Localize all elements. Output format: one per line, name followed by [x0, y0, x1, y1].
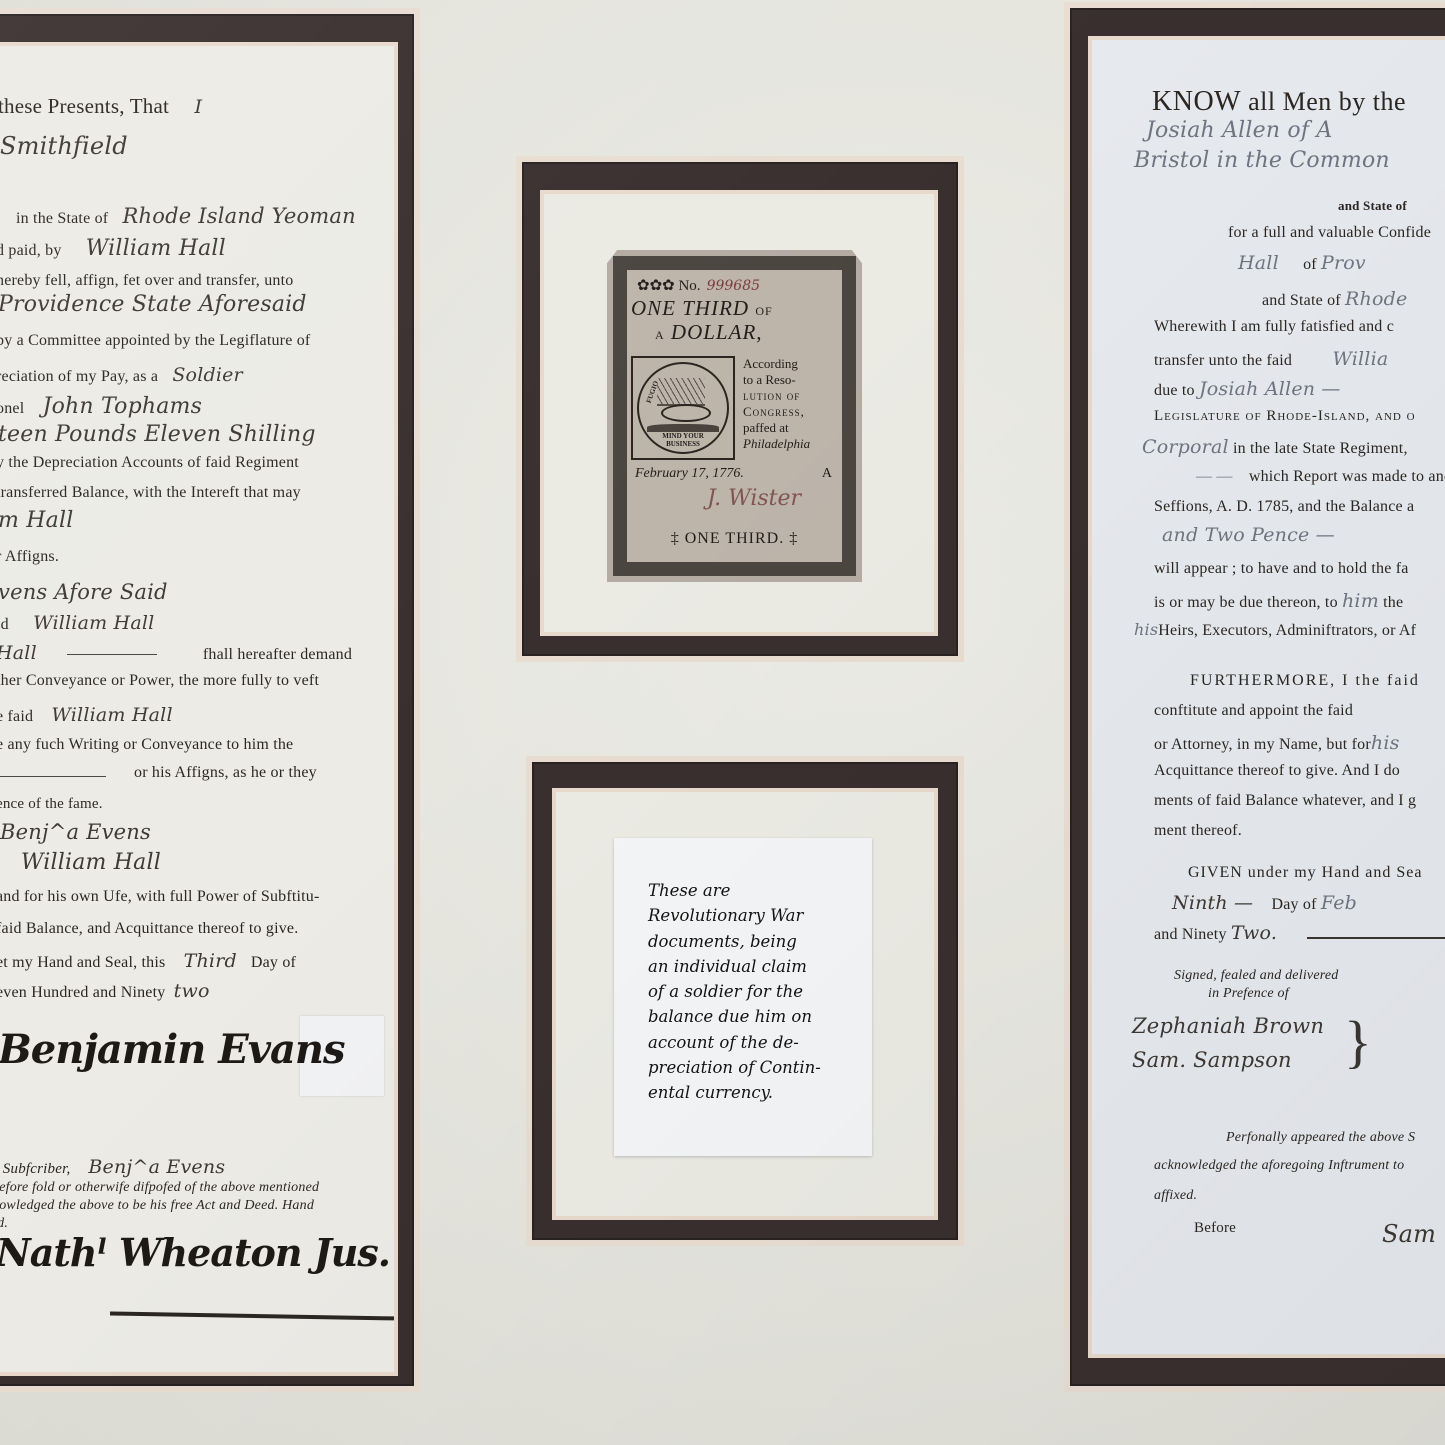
handwriting: Third: [184, 950, 237, 972]
text-line: which Report was made to and: [1249, 468, 1445, 485]
dash: — —: [1196, 468, 1233, 485]
handwriting: Willia: [1332, 348, 1388, 370]
text-line: for a full and valuable Confide: [1228, 224, 1431, 242]
text-line: even Hundred and Ninety: [0, 984, 165, 1001]
handwriting: Providence State Aforesaid: [0, 292, 307, 317]
text-line: and State of: [1338, 198, 1407, 214]
text-line: e any fuch Writing or Conveyance to him …: [0, 736, 293, 754]
handwriting: and Two Pence —: [1162, 524, 1335, 546]
handwriting: his: [1371, 732, 1400, 754]
text-line: Day of: [1271, 896, 1316, 913]
text-line: will appear ; to have and to hold the fa: [1154, 560, 1409, 578]
handwriting: him: [1342, 590, 1379, 612]
handwriting: vens Afore Said: [0, 580, 168, 604]
handwriting: Benj^a Evens: [0, 820, 151, 844]
left-document-window: these Presents, That I Smithfield in the…: [0, 14, 414, 1386]
text-line: of: [1303, 256, 1317, 273]
witness-heading: Signed, fealed and delivered: [1174, 968, 1338, 984]
handwriting: William Hall: [33, 612, 154, 634]
caption-text: These are Revolutionary War documents, b…: [648, 878, 858, 1106]
handwriting: William Hall: [86, 236, 226, 261]
text-line: due to: [1154, 382, 1195, 399]
text-line: nowledged the above to be his free Act a…: [0, 1198, 314, 1214]
text-line: FURTHERMORE, I the faid: [1190, 672, 1420, 690]
justice-signature: Sam: [1382, 1220, 1436, 1248]
note-city: Philadelphia: [743, 436, 810, 452]
left-document-paper: these Presents, That I Smithfield in the…: [0, 42, 398, 1376]
handwriting: Rhode: [1345, 288, 1407, 310]
text-line: affixed.: [1154, 1188, 1197, 1204]
text-line: and Ninety: [1154, 926, 1227, 943]
handwriting: two: [174, 980, 210, 1002]
right-document-paper: KNOW all Men by the Josiah Allen of A Br…: [1088, 36, 1445, 1358]
text-line: paffed at: [743, 420, 810, 436]
text-line: et my Hand and Seal, this: [0, 954, 165, 971]
text-line: these Presents, That: [0, 94, 169, 118]
note-footer: ‡ ONE THIRD. ‡: [637, 530, 832, 548]
text-line: reciation of my Pay, as a: [0, 368, 158, 385]
text-line: hereby fell, affign, fet over and transf…: [0, 272, 293, 290]
text-line: Congress,: [743, 404, 810, 420]
text-line: the: [1383, 594, 1403, 611]
witness-signature: Zephaniah Brown: [1132, 1014, 1324, 1038]
text-line: acknowledged the aforegoing Inftrument t…: [1154, 1158, 1404, 1174]
handwriting: Feb: [1321, 892, 1357, 914]
text-line: in the State of: [16, 210, 108, 227]
text-line: ther Conveyance or Power, the more fully…: [0, 672, 319, 690]
handwriting: I: [194, 96, 202, 118]
text-line: and for his own Ufe, with full Power of …: [0, 888, 320, 906]
witness-signature: Sam. Sampson: [1132, 1048, 1292, 1072]
text-line: fhall hereafter demand: [203, 646, 352, 663]
signature-justice-of-peace: Nathˡ Wheaton Jus. Peace: [0, 1230, 398, 1275]
handwriting: Benj^a Evens: [88, 1156, 225, 1178]
text-line: to a Reso-: [743, 372, 810, 388]
motto-line-1: MIND YOUR: [643, 432, 723, 440]
text-line: Legislature of Rhode-Island, and o: [1154, 408, 1416, 425]
handwriting: William Hall: [51, 704, 172, 726]
witness-heading: in Prefence of: [1208, 986, 1289, 1002]
continental-currency-note: ✿✿✿ No.999685 ONE THIRD OF A DOLLAR, FUG…: [607, 250, 862, 582]
handwriting: teen Pounds Eleven Shilling: [0, 422, 316, 447]
text-line: and State of: [1262, 292, 1341, 309]
handwriting: m Hall: [0, 508, 73, 533]
text-line: Acquittance thereof to give. And I do: [1154, 762, 1400, 780]
handwriting: Josiah Allen —: [1199, 378, 1341, 400]
text-line: e faid: [0, 708, 33, 725]
signature-flourish: [110, 1311, 398, 1320]
handwriting: his: [1134, 620, 1158, 639]
witness-brace-icon: }: [1344, 1008, 1372, 1075]
note-date: February 17, 1776.: [635, 466, 744, 482]
handwriting: Two.: [1231, 922, 1277, 944]
text-line: ence of the fame.: [0, 796, 103, 813]
heading-know: KNOW: [1152, 86, 1241, 117]
text-line: Seffions, A. D. 1785, and the Balance a: [1154, 498, 1414, 516]
text-line: transferred Balance, with the Intereft t…: [0, 484, 301, 502]
signature-benjamin-evans: Benjamin Evans: [0, 1026, 345, 1073]
text-line: ment thereof.: [1154, 822, 1242, 840]
text-line: Heirs, Executors, Adminiftrators, or Af: [1158, 622, 1416, 639]
text-line: or Attorney, in my Name, but for: [1154, 736, 1371, 753]
text-line: lution of: [743, 388, 810, 404]
text-line: ments of faid Balance whatever, and I g: [1154, 792, 1416, 810]
text-line: in the late State Regiment,: [1233, 440, 1408, 457]
note-a: A: [655, 328, 665, 342]
text-line: by a Committee appointed by the Legiflat…: [0, 332, 310, 350]
handwriting: Hall: [1238, 252, 1279, 274]
note-signer-signature: J. Wister: [707, 486, 801, 511]
text-line: conftitute and appoint the faid: [1154, 702, 1353, 720]
handwriting: John Tophams: [43, 394, 203, 419]
note-border: ✿✿✿ No.999685 ONE THIRD OF A DOLLAR, FUG…: [613, 256, 856, 576]
handwriting: Hall: [0, 642, 37, 664]
text-line: or his Affigns, as he or they: [134, 764, 317, 781]
handwriting: Rhode Island Yeoman: [123, 204, 356, 228]
text-line: According: [743, 356, 810, 372]
text-line: y the Depreciation Accounts of faid Regi…: [0, 454, 299, 472]
text-line: Day of: [251, 954, 296, 971]
note-ornament-icon: ✿✿✿: [637, 278, 678, 294]
handwriting: Corporal: [1142, 436, 1229, 458]
text-line: GIVEN under my Hand and Sea: [1188, 864, 1423, 882]
before-label: Before: [1194, 1220, 1236, 1237]
motto-line-2: BUSINESS: [643, 440, 723, 448]
handwriting: Ninth —: [1172, 892, 1253, 914]
text-line: Perfonally appeared the above S: [1226, 1130, 1415, 1146]
note-title: ONE THIRD: [631, 296, 749, 320]
text-line: faid Balance, and Acquittance thereof to…: [0, 920, 298, 938]
text-line: r Affigns.: [0, 548, 59, 566]
caption-card: These are Revolutionary War documents, b…: [614, 838, 872, 1156]
note-subtitle: DOLLAR,: [671, 320, 763, 344]
note-serial: 999685: [707, 278, 760, 294]
note-title-of: OF: [755, 304, 772, 318]
text-line: id: [0, 616, 9, 633]
handwriting: Prov: [1321, 252, 1366, 274]
handwriting: Smithfield: [0, 132, 128, 160]
heading-rest: all Men by the: [1248, 87, 1406, 116]
text-line: e Subfcriber,: [0, 1161, 70, 1177]
note-number-label: No.: [678, 278, 700, 294]
fugio-sundial-seal-icon: FUGIO MIND YOURBUSINESS: [631, 356, 735, 460]
handwriting: William Hall: [21, 850, 161, 875]
handwriting: Soldier: [172, 364, 243, 386]
text-line: onel: [0, 400, 24, 417]
right-document-window: KNOW all Men by the Josiah Allen of A Br…: [1070, 8, 1445, 1386]
handwriting: Bristol in the Common: [1134, 148, 1390, 173]
text-line: before fold or otherwife difpofed of the…: [0, 1180, 319, 1196]
text-line: Wherewith I am fully fatisfied and c: [1154, 318, 1394, 336]
text-line: d paid, by: [0, 242, 62, 259]
handwriting: Josiah Allen of A: [1146, 118, 1332, 143]
text-line: l: [0, 856, 1, 873]
text-line: transfer unto the faid: [1154, 352, 1292, 369]
note-resolution-text: According to a Reso- lution of Congress,…: [743, 356, 810, 452]
note-series-letter: A: [822, 466, 832, 482]
text-line: is or may be due thereon, to: [1154, 594, 1338, 611]
